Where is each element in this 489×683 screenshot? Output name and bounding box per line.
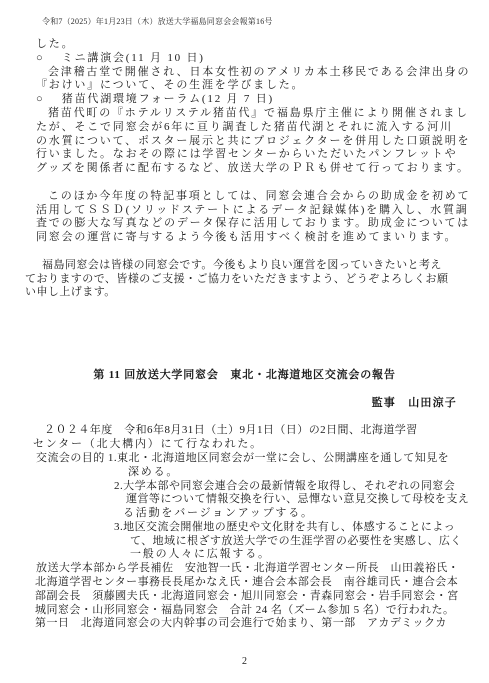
text-line: 第一日 北海道同窓会の大内幹事の司会進行で始まり、第一部 アカデミックカ [0,617,489,631]
text-line: 福島同窓会は皆様の同窓会です。今後もより良い運営を図っていきたいと考え [0,259,489,273]
text-line: 交流会の目的 1.東北・北海道地区同窓会が一堂に会し、公開講座を通して知見を [0,452,489,466]
text-line [0,300,489,314]
text-line: 一般の人々に広報する。 [0,548,489,562]
text-line [0,176,489,190]
text-line [0,411,489,425]
document-page: 令和7（2025）年1月23日（木）放送大学福島同窓会会報第16号 した。○ ミ… [0,0,489,683]
text-line: 2.大学本部や同窓会連合会の最新情報を取得し、それぞれの同窓会 [0,480,489,494]
text-line: 放送大学本部から学長補佐 安池智一氏・北海道学習センター所長 山田義裕氏・ [0,562,489,576]
text-line: グッズを関係者に配布するなど、放送大学のＰＲも併せて行っております。 [0,162,489,176]
list-item-mini-lecture: ○ ミニ講演会(11 月 10 日) [0,52,489,66]
text-line: 運営等について情報交換を行い、忌憚ない意見交換して母校を支え [0,493,489,507]
text-line: て、地域に根ざす放送大学での生涯学習の必要性を実感し、広く [0,535,489,549]
text-line [0,383,489,397]
text-line: 深める。 [0,466,489,480]
text-line [0,314,489,328]
text-line: 行いました。なおその際には学習センターからいただいたパンフレットや [0,148,489,162]
section-title: 第 11 回放送大学同窓会 東北・北海道地区交流会の報告 [0,369,489,383]
text-line: の水質について、ポスター展示と共にプロジェクターを併用した口頭説明を [0,135,489,149]
list-item-inawashiro-forum: ○ 猪苗代湖環境フォーラム(12 月 7 日) [0,93,489,107]
text-line: たが、そこで同窓会が6年に亘り調査した猪苗代湖とそれに流入する河川 [0,121,489,135]
document-body: した。○ ミニ講演会(11 月 10 日)会津稽古堂で開催され、日本女性初のアメ… [0,38,489,631]
text-line: このほか今年度の特記事項としては、同窓会連合会からの助成金を初めて [0,190,489,204]
text-line [0,245,489,259]
text-line: ２０２４年度 令和6年8月31日（土）9月1日（日）の2日間、北海道学習 [0,424,489,438]
text-line: 会津稽古堂で開催され、日本女性初のアメリカ本土移民である会津出身の [0,66,489,80]
text-line: 城同窓会・山形同窓会・福島同窓会 合計 24 名（ズーム参加 5 名）で行われた… [0,604,489,618]
text-line [0,355,489,369]
text-line [0,342,489,356]
text-line: 活用してＳＳＤ(ソリッドステートによるデータ記録媒体)を購入し、水質調 [0,204,489,218]
text-line: る活動をバージョンアップする。 [0,507,489,521]
text-line [0,328,489,342]
text-line: 査での膨大な写真などのデータ保存に活用しております。助成金については [0,217,489,231]
text-line: 3.地区交流会開催地の歴史や文化財を共有し、体感することによっ [0,521,489,535]
text-line: 『おけい』について、その生涯を学びました。 [0,79,489,93]
text-line: センター（北大構内）にて行なわれた。 [0,438,489,452]
text-line: ておりますので、皆様のご支援・ご協力をいただきますよう、どうぞよろしくお願 [0,273,489,287]
text-line: した。 [0,38,489,52]
author-signature: 監事 山田涼子 [0,397,489,411]
text-line: 北海道学習センター事務長長尾かなえ氏・連合会本部会長 南谷雄司氏・連合会本 [0,576,489,590]
text-line: い申し上げます。 [0,286,489,300]
text-line: 部副会長 須藤國夫氏・北海道同窓会・旭川同窓会・青森同窓会・岩手同窓会・宮 [0,590,489,604]
newsletter-header: 令和7（2025）年1月23日（木）放送大学福島同窓会会報第16号 [42,16,273,27]
page-number: 2 [0,656,489,667]
text-line: 同窓会の運営に寄与するよう今後も活用すべく検討を進めてまいります。 [0,231,489,245]
text-line: 猪苗代町の『ホテルリステル猪苗代』で福島県庁主催により開催されまし [0,107,489,121]
